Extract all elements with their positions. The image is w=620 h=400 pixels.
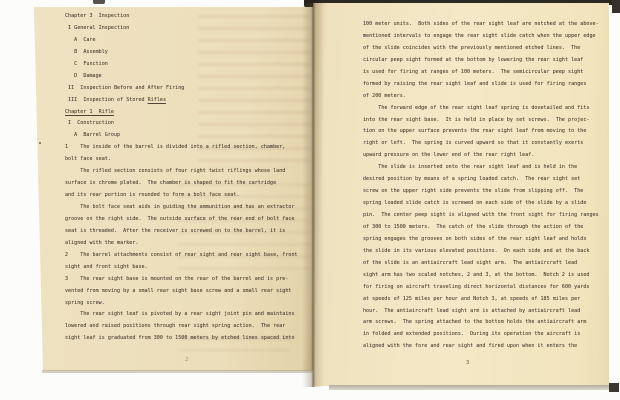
text-line: upward pressure on the lower end of the … [363,150,606,162]
text-line: The rifled section consists of four righ… [65,166,310,178]
text-line: 100 meter units. Both sides of the rear … [363,19,606,31]
text-line: the slide in its various elevated positi… [363,246,606,258]
text-line: in folded and extended positions. During… [363,329,606,341]
page-bottom-shadow [329,385,612,390]
scan-speck [39,142,41,144]
left-page-number: 2 [185,357,188,363]
text-line: of 300 to 1500 meters. The catch of the … [363,222,606,234]
text-line: The bolt face seat aids in guiding the a… [65,202,310,214]
text-line: hour. The antiaircraft lead sight arm is… [363,306,606,318]
text-line: bolt face seat. [65,154,310,166]
text-line: lowered and raised positions through rea… [65,321,310,333]
text-line: surface is chrome plated. The chamber is… [65,178,310,190]
text-line: aligned with the fore and rear sight and… [363,341,606,353]
text-line: and its rear portion is rounded to form … [65,190,310,202]
text-line: aligned with the marker. [65,238,310,250]
text-line: I Construction [65,118,310,130]
text-line: II Inspection Before and After Firing [65,83,310,95]
text-line: of the slide coincides with the previous… [363,43,606,55]
text-line: sight and front sight base. [65,262,310,274]
right-page: 100 meter units. Both sides of the rear … [313,3,609,386]
text-line: groove on the right side. The outside su… [65,214,310,226]
text-line: A Barrel Group [65,130,310,142]
left-page-text: Chapter 3 Inspection I General Inspectio… [65,11,310,345]
right-page-number: 3 [466,360,469,366]
book-cover-notch [93,0,105,4]
text-line: spring loaded slide catch is screwed on … [363,198,606,210]
text-line: 2 The barrel attachments consist of rear… [65,250,310,262]
text-line: vented from moving by a small rear sight… [65,286,310,298]
book-gutter-shadow [302,3,324,387]
text-line: B Assembly [65,47,310,59]
right-page-text: 100 meter units. Both sides of the rear … [363,19,606,353]
text-line: D Damage [65,71,310,83]
text-line: 1 The inside of the barrel is divided in… [65,142,310,154]
text-line: seat is threaded. After the receiver is … [65,226,310,238]
page-bottom-shadow [42,370,313,373]
text-line: Chapter 3 Inspection [65,11,310,23]
text-line: of the slide is an antiaircraft lead sig… [363,258,606,270]
text-line: at speeds of 125 miles per hour and Notc… [363,294,606,306]
book-cover-edge-bottom-right [609,383,619,392]
text-line: formed by raising the rear sight leaf an… [363,79,606,91]
book-cover-edge-right [612,0,620,13]
text-line: I General Inspection [65,23,310,35]
text-line: desired position by means of a spring lo… [363,174,606,186]
text-line: spring screw. [65,298,310,310]
text-line: sight arm has two scaled notches, 2 and … [363,270,606,282]
text-line: circular peep sight formed at the bottom… [363,55,606,67]
text-line: The forward edge of the rear sight leaf … [363,103,606,115]
text-line: for firing on aircraft traveling direct … [363,282,606,294]
text-line: Chapter 1 Rifle [65,107,310,119]
text-line: A Care [65,35,310,47]
text-line: into the rear sight base. It is held in … [363,115,606,127]
text-line: mentioned intervals to engage the rear s… [363,31,606,43]
text-line: of 200 meters. [363,91,606,103]
text-line: right or left. The spring is curved upwa… [363,138,606,150]
text-line: tion on the upper surface prevents the r… [363,126,606,138]
text-line: sight leaf is graduated from 300 to 1500… [65,333,310,345]
text-line: The rear sight leaf is pivoted by a rear… [65,309,310,321]
text-line: 3 The rear sight base is mounted on the … [65,274,310,286]
left-page: Chapter 3 Inspection I General Inspectio… [30,7,313,371]
text-line: is used for firing at ranges of 100 mete… [363,67,606,79]
text-line: The slide is inserted onto the rear sigh… [363,162,606,174]
text-line: III Inspection of Stored Rifles [65,95,310,107]
text-line: pin. The center peep sight is aligned wi… [363,210,606,222]
text-line: screw on the upper right side prevents t… [363,186,606,198]
text-line: spring engages the grooves on both sides… [363,234,606,246]
text-line: arm screws. The spring attached to the b… [363,317,606,329]
book-scan: Chapter 3 Inspection I General Inspectio… [0,0,620,400]
text-line: C Function [65,59,310,71]
